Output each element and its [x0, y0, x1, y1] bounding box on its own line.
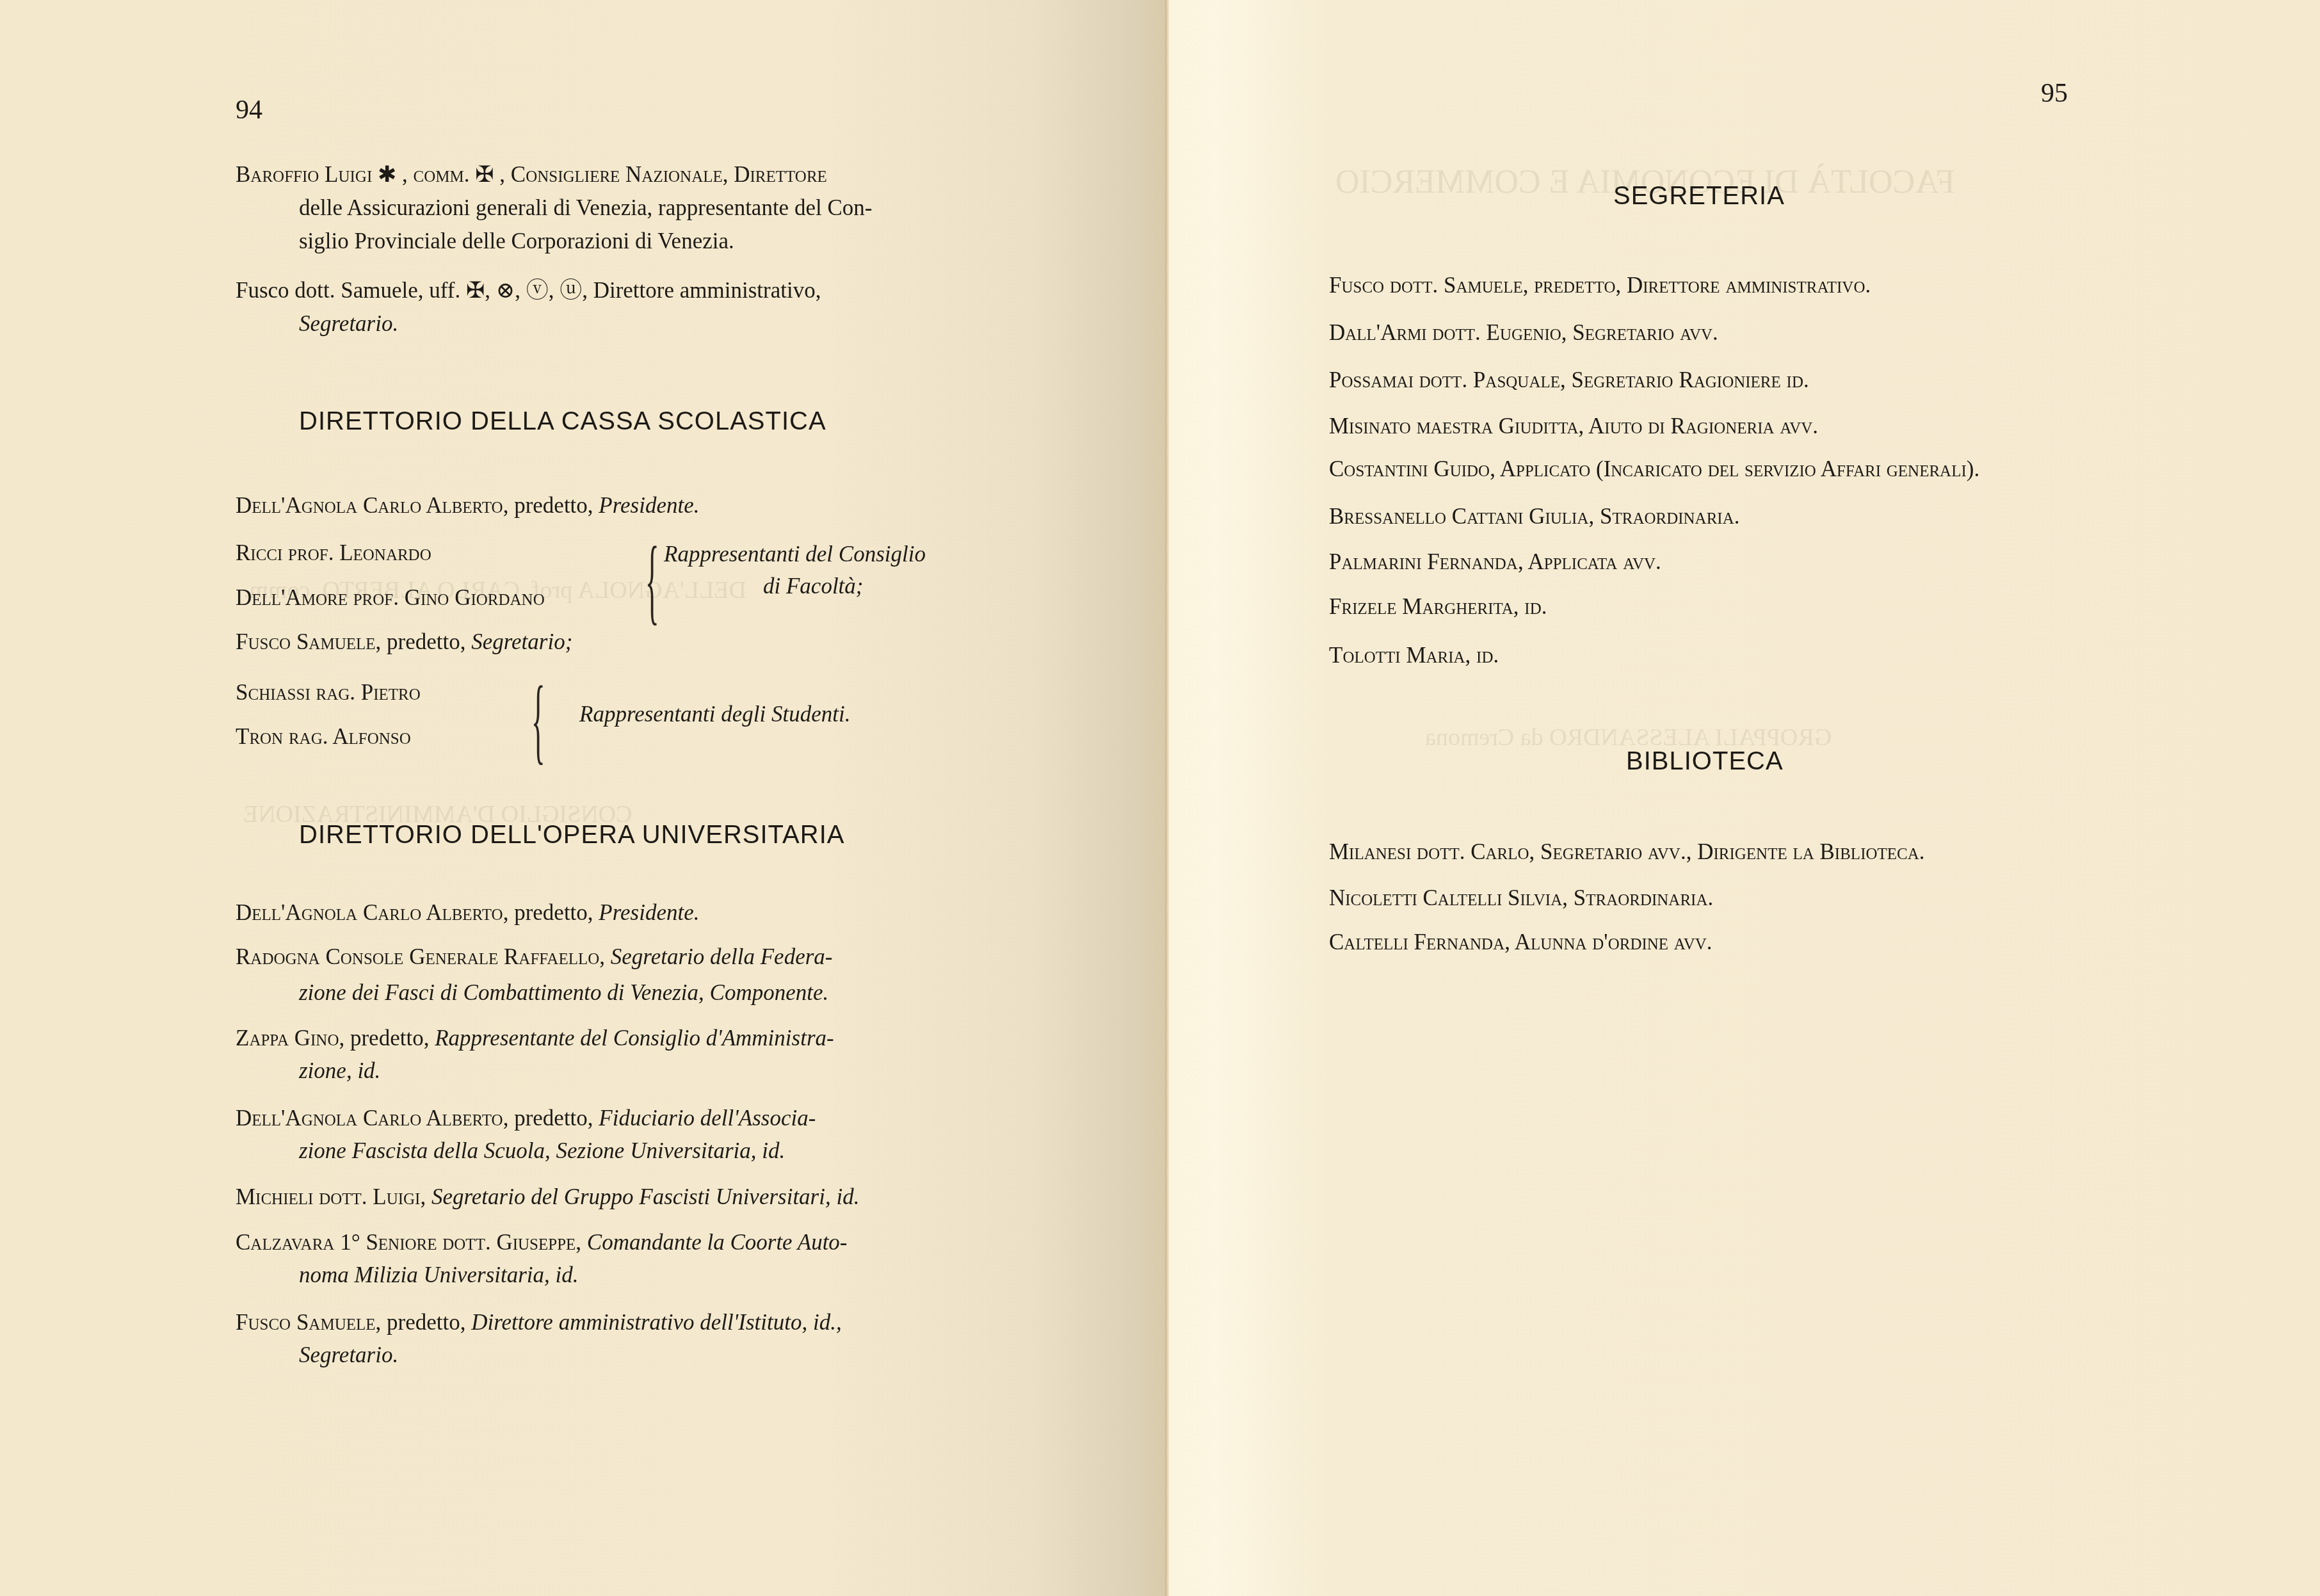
- qualifier: , predetto,: [376, 1310, 472, 1335]
- entry-baroffio-line1: Baroffio Luigi ✱ , comm. ✠ , Consigliere…: [236, 158, 986, 191]
- segreteria-entry: Misinato maestra Giuditta, Aiuto di Ragi…: [1329, 410, 1818, 443]
- entry-fusco-line2: Segretario.: [299, 307, 398, 341]
- segreteria-entry: Tolotti Maria, id.: [1329, 639, 1499, 672]
- person-name: Michieli: [236, 1184, 313, 1209]
- opera-entry-cont: zione dei Fasci di Combattimento di Vene…: [299, 976, 828, 1010]
- right-page: FACOLTÀ DI ECONOMIA E COMMERCIO GROPPALI…: [1169, 0, 2320, 1596]
- qualifier: Console Generale Raffaello,: [320, 944, 611, 969]
- section-heading-cassa-scolastica: DIRETTORIO DELLA CASSA SCOLASTICA: [299, 407, 826, 436]
- opera-entry: Dell'Agnola Carlo Alberto, predetto, Fid…: [236, 1102, 816, 1135]
- page-number: 95: [2041, 78, 2068, 109]
- qualifier: , predetto,: [503, 493, 599, 518]
- role: Presidente.: [599, 900, 699, 925]
- opera-entry: Fusco Samuele, predetto, Direttore ammin…: [236, 1306, 842, 1339]
- biblioteca-entry: Nicoletti Caltelli Silvia, Straordinaria…: [1329, 882, 1713, 915]
- opera-entry-cont: zione Fascista della Scuola, Sezione Uni…: [299, 1134, 785, 1168]
- qualifier: , predetto,: [503, 1106, 599, 1131]
- faculty-rep-1: Ricci prof. Leonardo: [236, 536, 431, 570]
- entry-fusco-line1: Fusco dott. Samuele, uff. ✠, ⊗, ⓥ, ⓤ, Di…: [236, 274, 821, 307]
- person-name: Dell'Agnola Carlo Alberto: [236, 1106, 503, 1131]
- segreteria-entry: Frizele Margherita, id.: [1329, 590, 1547, 624]
- opera-entry-cont: zione, id.: [299, 1054, 380, 1088]
- person-name: Zappa Gino: [236, 1026, 339, 1051]
- brace-icon: {: [645, 533, 659, 629]
- segreteria-entry: Possamai dott. Pasquale, Segretario Ragi…: [1329, 364, 1809, 397]
- opera-entry: Dell'Agnola Carlo Alberto, predetto, Pre…: [236, 896, 699, 930]
- person-name: Fusco Samuele: [236, 629, 376, 654]
- person-name: Dell'Agnola Carlo Alberto: [236, 493, 503, 518]
- entry-text: Baroffio Luigi ✱ , comm. ✠ , Consigliere…: [236, 162, 827, 187]
- segreteria-entry: Fusco dott. Samuele, predetto, Direttore…: [1329, 269, 1871, 302]
- person-name: Fusco Samuele: [236, 1310, 376, 1335]
- segreteria-entry: Dall'Armi dott. Eugenio, Segretario avv.: [1329, 316, 1718, 350]
- qualifier: , predetto,: [339, 1026, 435, 1051]
- student-rep-2: Tron rag. Alfonso: [236, 720, 411, 754]
- opera-entry: Michieli dott. Luigi, Segretario del Gru…: [236, 1181, 859, 1214]
- person-name: Dell'Agnola Carlo Alberto: [236, 900, 503, 925]
- entry-baroffio-line2: delle Assicurazioni generali di Venezia,…: [299, 191, 872, 225]
- entry-baroffio-line3: siglio Provinciale delle Corporazioni di…: [299, 225, 734, 258]
- student-rep-1: Schiassi rag. Pietro: [236, 676, 421, 709]
- role: Segretario;: [471, 629, 572, 654]
- qualifier: 1° Seniore dott. Giuseppe,: [334, 1230, 586, 1255]
- cassa-president: Dell'Agnola Carlo Alberto, predetto, Pre…: [236, 489, 699, 522]
- biblioteca-entry: Caltelli Fernanda, Alunna d'ordine avv.: [1329, 926, 1712, 959]
- opera-entry-cont: Segretario.: [299, 1339, 398, 1372]
- role: Segretario della Federa-: [611, 944, 833, 969]
- role: Direttore amministrativo dell'Istituto, …: [471, 1310, 841, 1335]
- cassa-secretary: Fusco Samuele, predetto, Segretario;: [236, 625, 572, 659]
- qualifier: , predetto,: [503, 900, 599, 925]
- section-heading-opera-universitaria: DIRETTORIO DELL'OPERA UNIVERSITARIA: [299, 821, 844, 850]
- section-heading-segreteria: SEGRETERIA: [1613, 182, 1785, 211]
- left-page: DELL'AGNOLA prof. CARLO ALBERTO, comm. C…: [0, 0, 1169, 1596]
- person-name: Calzavara: [236, 1230, 334, 1255]
- role: Presidente.: [599, 493, 699, 518]
- role: Segretario del Gruppo Fascisti Universit…: [431, 1184, 860, 1209]
- segreteria-entry: Costantini Guido, Applicato (Incaricato …: [1329, 453, 1979, 486]
- role: Rappresentante del Consiglio d'Amministr…: [435, 1026, 834, 1051]
- biblioteca-entry: Milanesi dott. Carlo, Segretario avv., D…: [1329, 835, 1925, 869]
- person-name: Radogna: [236, 944, 320, 969]
- role: Comandante la Coorte Auto-: [587, 1230, 848, 1255]
- brace-icon: {: [531, 672, 545, 768]
- opera-entry-cont: noma Milizia Universitaria, id.: [299, 1259, 579, 1292]
- faculty-rep-2: Dell'Amore prof. Gino Giordano: [236, 581, 545, 615]
- segreteria-entry: Palmarini Fernanda, Applicata avv.: [1329, 545, 1661, 579]
- role: Fiduciario dell'Associa-: [599, 1106, 816, 1131]
- section-heading-biblioteca: BIBLIOTECA: [1626, 747, 1784, 776]
- qualifier: dott. Luigi,: [313, 1184, 431, 1209]
- opera-entry: Zappa Gino, predetto, Rappresentante del…: [236, 1022, 834, 1055]
- qualifier: , predetto,: [376, 629, 472, 654]
- opera-entry: Radogna Console Generale Raffaello, Segr…: [236, 940, 832, 974]
- opera-entry: Calzavara 1° Seniore dott. Giuseppe, Com…: [236, 1226, 848, 1259]
- faculty-reps-role-line2: di Facoltà;: [763, 570, 864, 603]
- student-reps-role: Rappresentanti degli Studenti.: [579, 698, 851, 731]
- faculty-reps-role-line1: Rappresentanti del Consiglio: [664, 538, 926, 571]
- page-number: 94: [236, 95, 262, 125]
- segreteria-entry: Bressanello Cattani Giulia, Straordinari…: [1329, 500, 1739, 533]
